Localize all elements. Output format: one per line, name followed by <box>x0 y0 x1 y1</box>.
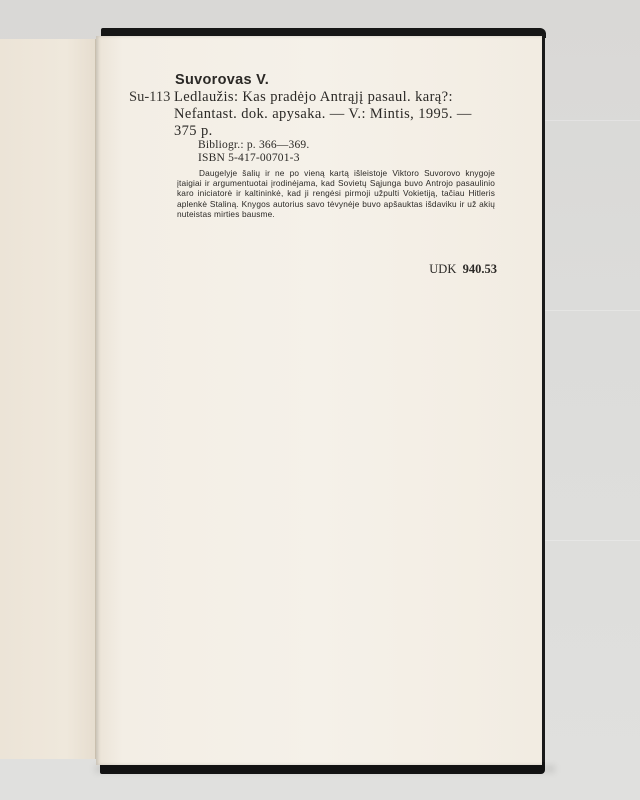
author-name: Suvorovas V. <box>175 72 269 88</box>
udk-label: UDK <box>429 262 456 276</box>
book-shadow <box>95 765 555 773</box>
isbn: ISBN 5-417-00701-3 <box>198 152 300 164</box>
title-line: 375 p. <box>174 123 213 140</box>
udk-classification: UDK 940.53 <box>429 262 497 277</box>
left-page <box>0 39 96 759</box>
udk-value: 940.53 <box>463 262 497 276</box>
book-summary: Daugelyje šalių ir ne po vieną kartą išl… <box>177 168 495 219</box>
bibliography-note: Bibliogr.: p. 366—369. <box>198 139 309 151</box>
title-line: Ledlaužis: Kas pradėjo Antrąjį pasaul. k… <box>174 89 453 106</box>
title-line: Nefantast. dok. apysaka. — V.: Mintis, 1… <box>174 106 472 123</box>
call-number: Su-113 <box>129 89 170 106</box>
right-page <box>96 36 542 765</box>
